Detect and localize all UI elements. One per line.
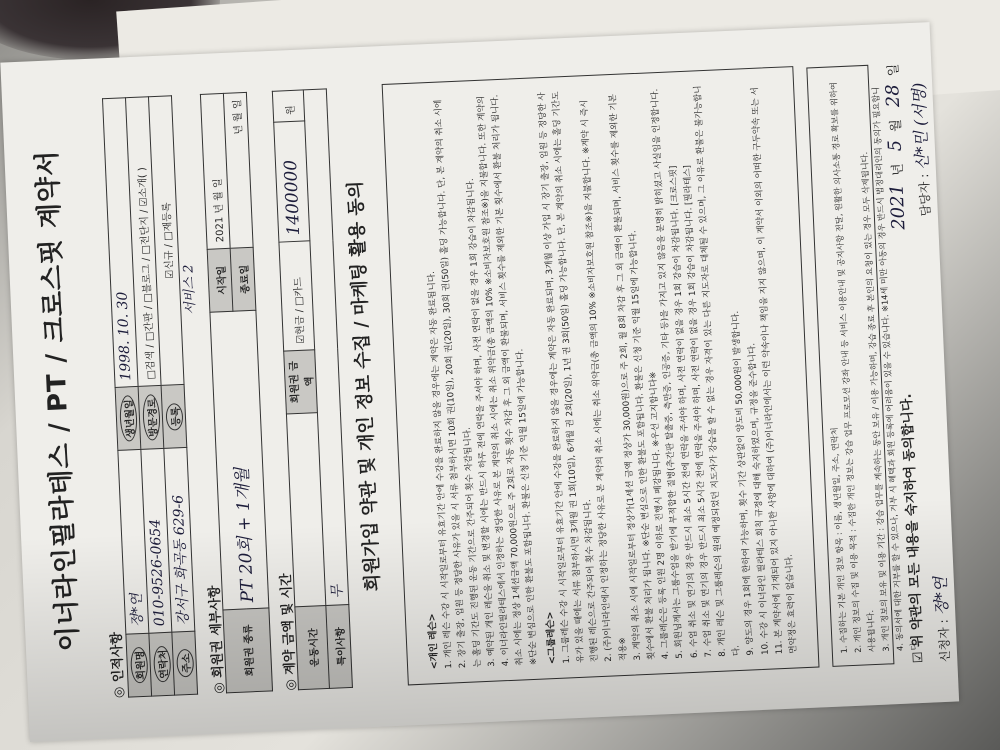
applicant-label: 신청자 : [937,619,953,662]
staff-signature: 담당자 : 신*민 (서명) [906,82,935,217]
field-label: 시작일 [207,248,233,312]
field-label: 종료일 [230,247,256,311]
service-note: 서비스 2 [177,264,198,315]
staff-label: 담당자 : [917,173,933,216]
date-year: 2021 [886,176,910,239]
applicant-signature: 신청자 : 정*연 [928,576,955,662]
document-title: 이너라인필라테스 / PT / 크로스핏 계약서 [22,60,89,741]
date-year-unit: 년 [891,163,907,176]
payment-method: ☑현금 / □카드 [279,241,315,351]
date-day-unit: 일 [886,63,902,76]
date-month-unit: 월 [889,119,905,132]
field-label: 특이사항 [326,604,353,688]
field-label: 운동시간 [295,605,330,689]
date-day: 28 [882,76,905,116]
contract-paper: 이너라인필라테스 / PT / 크로스핏 계약서 ◎ 인적사항 회원명 정*연 … [0,22,959,742]
field-label: 연락처 [152,645,171,683]
personal-info-table: 회원명 정*연 생년월일 1998. 10. 30 연락처 010-9526-0… [102,95,198,697]
membership-type-value: PT 20회 + 1개월 [210,310,269,610]
terms-box: 회원가입 약관 및 개인 정보 수집 / 마케팅 활용 동의 <개인 레슨> 1… [382,66,820,685]
terms-content: <개인 레슨> 1. 개인 레슨 수강 시 시작일로부터 유효기간 안에 수강을… [383,67,818,684]
field-label: 주소 [176,649,194,677]
group-lesson-list: 1. 그룹레슨 수강 시 시작일로부터 유효기간 안에 수강을 완료하지 않을 … [535,82,801,664]
personal-info-heading: ◎ 인적사항 [105,632,127,699]
field-label: 회원명 [129,646,148,684]
privacy-box: 1. 수집하는 기본 개인 정보 항목 : 이름, 생년월일, 주소, 연락처2… [806,65,894,667]
applicant-value: 정*연 [931,576,952,616]
field-label: 등록 [165,403,183,431]
amount-unit: 원 [272,90,304,122]
field-label: 생년월일 [118,395,137,442]
date-month: 5 [884,131,906,159]
field-label: 회원권 금액 [284,350,318,414]
staff-value: 신*민 (서명) [909,82,932,170]
field-label: 회원권 종류 [223,608,273,693]
field-label: 방문경로 [141,394,160,441]
